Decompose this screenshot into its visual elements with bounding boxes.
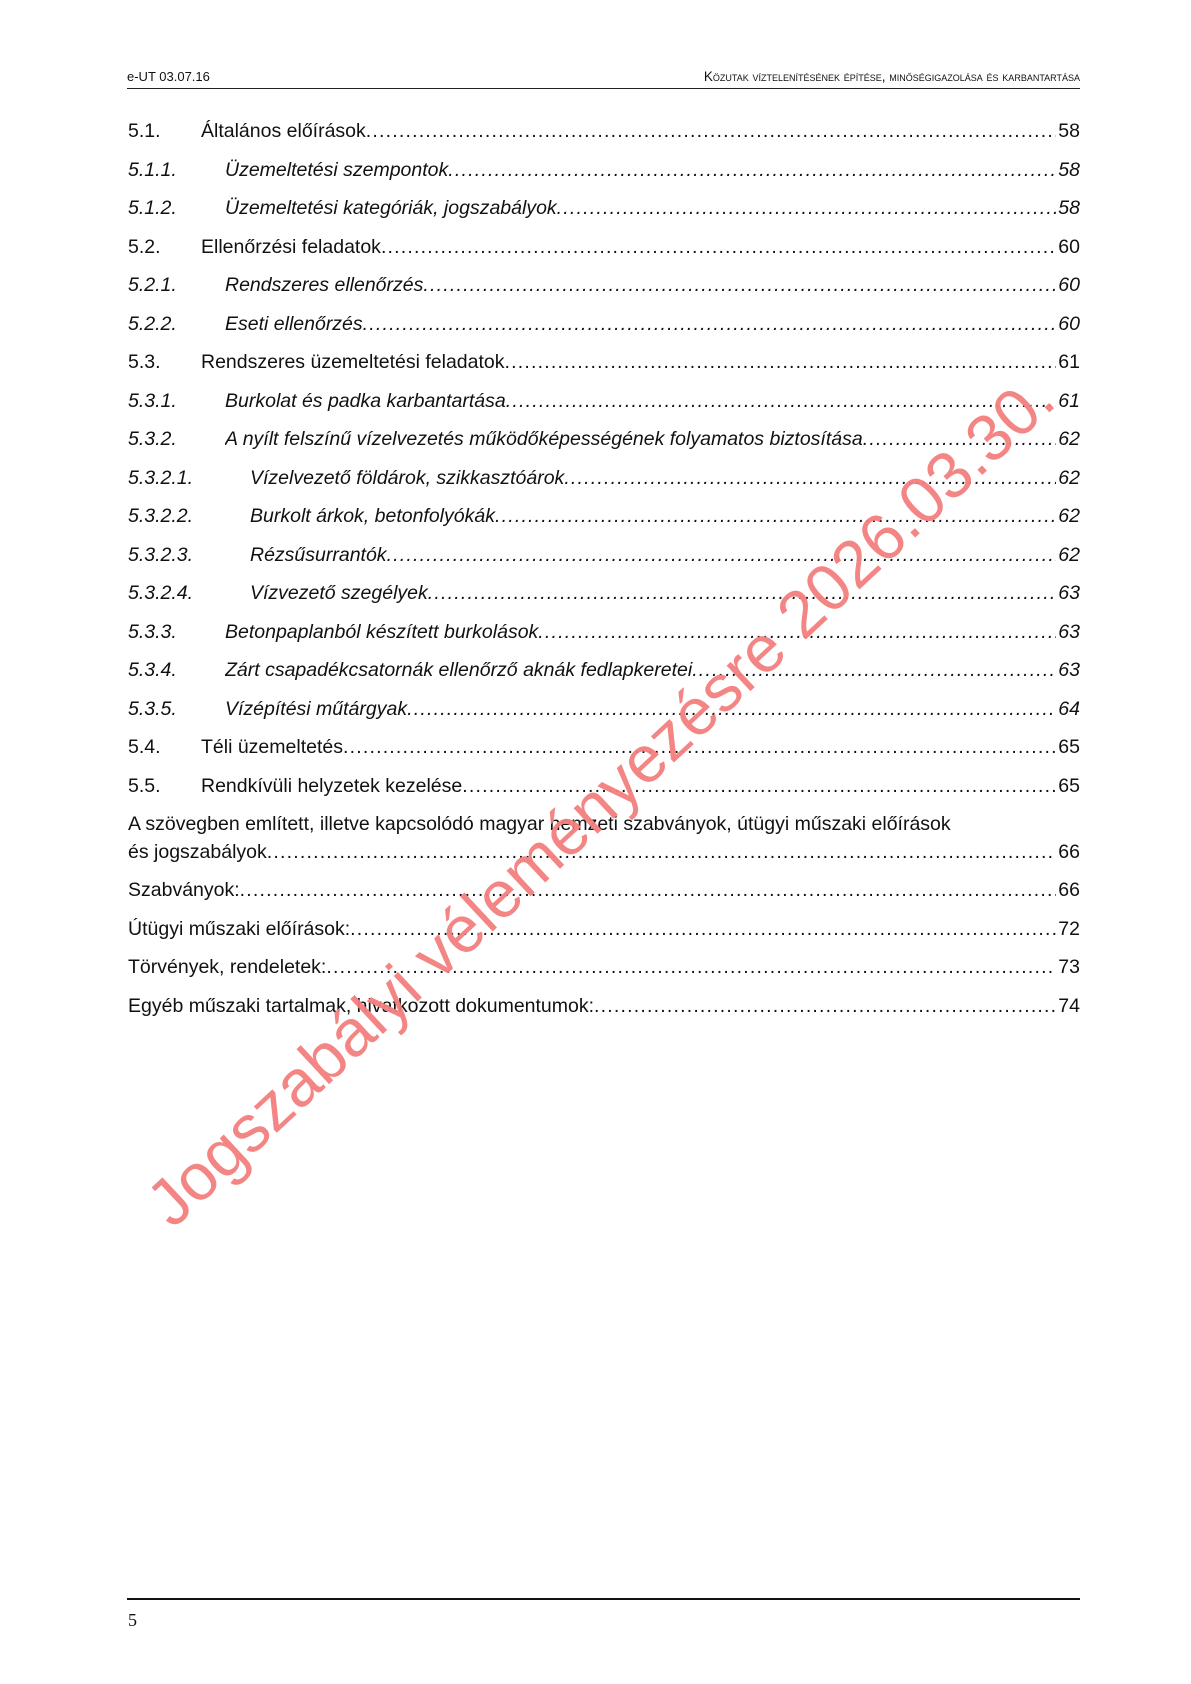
toc-entry-page: 63 <box>1056 580 1080 606</box>
page-number: 5 <box>128 1610 137 1631</box>
toc-entry-page: 61 <box>1056 388 1080 414</box>
toc-entry[interactable]: Egyéb műszaki tartalmak, hivatkozott dok… <box>128 993 1080 1032</box>
toc-entry[interactable]: 5.1.Általános előírások58 <box>128 118 1080 157</box>
dot-leader <box>557 195 1057 221</box>
dot-leader <box>462 773 1056 799</box>
toc-entry-title: Burkolat és padka karbantartása <box>225 388 506 414</box>
toc-entry-page: 60 <box>1056 311 1080 337</box>
dot-leader <box>863 426 1057 452</box>
dot-leader <box>381 234 1056 260</box>
table-of-contents: 5.1.Általános előírások585.1.1.Üzemeltet… <box>128 118 1080 1031</box>
toc-entry-title: Eseti ellenőrzés <box>225 311 363 337</box>
toc-entry-number: 5.5. <box>128 773 161 799</box>
toc-entry[interactable]: 5.3.4.Zárt csapadékcsatornák ellenőrző a… <box>128 657 1080 696</box>
toc-entry[interactable]: 5.2.1.Rendszeres ellenőrzés60 <box>128 272 1080 311</box>
toc-entry[interactable]: 5.2.2.Eseti ellenőrzés60 <box>128 311 1080 350</box>
dot-leader <box>387 542 1057 568</box>
toc-entry-number: 5.3.2.3. <box>128 542 193 568</box>
toc-entry-page: 58 <box>1056 118 1080 144</box>
dot-leader <box>428 580 1057 606</box>
toc-entry-references[interactable]: A szövegben említett, illetve kapcsolódó… <box>128 811 1080 877</box>
toc-entry-page: 60 <box>1056 272 1080 298</box>
toc-entry-title: Vízelvezető földárok, szikkasztóárok <box>250 465 564 491</box>
toc-entry-title: Vízépítési műtárgyak <box>225 696 407 722</box>
toc-entry-number: 5.2.2. <box>128 311 177 337</box>
toc-entry[interactable]: 5.1.1.Üzemeltetési szempontok58 <box>128 157 1080 196</box>
toc-entry-page: 63 <box>1056 657 1080 683</box>
dot-leader <box>564 465 1056 491</box>
toc-entry-title: Rézsűsurrantók <box>250 542 387 568</box>
dot-leader <box>240 877 1057 903</box>
dot-leader <box>326 954 1056 980</box>
document-title: Közutak víztelenítésének építése, minősé… <box>704 69 1080 84</box>
toc-entry-page: 62 <box>1056 426 1080 452</box>
dot-leader <box>505 349 1057 375</box>
toc-entry[interactable]: 5.3.2.A nyílt felszínű vízelvezetés műkö… <box>128 426 1080 465</box>
dot-leader <box>594 993 1056 1019</box>
dot-leader <box>423 272 1056 298</box>
toc-entry-page: 58 <box>1056 157 1080 183</box>
dot-leader <box>366 118 1057 144</box>
page-header: e-UT 03.07.16 Közutak víztelenítésének é… <box>127 66 1080 89</box>
toc-entry-title: Rendszeres üzemeltetési feladatok <box>201 349 505 375</box>
toc-entry-page: 65 <box>1056 734 1080 760</box>
toc-entry-number: 5.3.2.1. <box>128 465 193 491</box>
toc-entry-page: 62 <box>1056 465 1080 491</box>
toc-entry-page: 66 <box>1056 877 1080 903</box>
toc-entry-number: 5.2.1. <box>128 272 177 298</box>
toc-entry[interactable]: 5.1.2.Üzemeltetési kategóriák, jogszabál… <box>128 195 1080 234</box>
toc-entry-title: Útügyi műszaki előírások: <box>128 916 350 942</box>
toc-entry-number: 5.3.5. <box>128 696 177 722</box>
toc-entry-title: Szabványok: <box>128 877 240 903</box>
toc-entry-number: 5.1.2. <box>128 195 177 221</box>
toc-entry-title: Ellenőrzési feladatok <box>201 234 381 260</box>
toc-entry-title: Vízvezető szegélyek <box>250 580 428 606</box>
toc-entry-number: 5.3.2.2. <box>128 503 193 529</box>
dot-leader <box>363 311 1057 337</box>
toc-entry[interactable]: 5.3.Rendszeres üzemeltetési feladatok61 <box>128 349 1080 388</box>
toc-entry[interactable]: 5.3.1.Burkolat és padka karbantartása61 <box>128 388 1080 427</box>
toc-entry-page: 74 <box>1056 993 1080 1019</box>
toc-entry[interactable]: 5.3.3.Betonpaplanból készített burkoláso… <box>128 619 1080 658</box>
document-id: e-UT 03.07.16 <box>127 69 210 84</box>
footer-rule <box>127 1598 1080 1600</box>
toc-entry-title: Burkolt árkok, betonfolyókák <box>250 503 495 529</box>
dot-leader <box>267 839 1057 865</box>
toc-entry[interactable]: 5.3.2.4.Vízvezető szegélyek63 <box>128 580 1080 619</box>
toc-entry-number: 5.3.2.4. <box>128 580 193 606</box>
toc-entry-page: 72 <box>1056 916 1080 942</box>
toc-entry[interactable]: 5.3.2.3.Rézsűsurrantók62 <box>128 542 1080 581</box>
toc-entry-title: Egyéb műszaki tartalmak, hivatkozott dok… <box>128 993 594 1019</box>
toc-entry-title: A nyílt felszínű vízelvezetés működőképe… <box>225 426 863 452</box>
toc-entry-page: 73 <box>1056 954 1080 980</box>
toc-entry-page: 64 <box>1056 696 1080 722</box>
toc-entry-number: 5.3.4. <box>128 657 177 683</box>
toc-entry-number: 5.1.1. <box>128 157 177 183</box>
toc-entry-title: Általános előírások <box>201 118 366 144</box>
toc-entry-title: Üzemeltetési kategóriák, jogszabályok <box>225 195 557 221</box>
toc-entry-title-line1: A szövegben említett, illetve kapcsolódó… <box>128 811 951 837</box>
toc-entry-page: 60 <box>1056 234 1080 260</box>
toc-entry[interactable]: 5.2.Ellenőrzési feladatok60 <box>128 234 1080 273</box>
dot-leader <box>506 388 1057 414</box>
dot-leader <box>350 916 1056 942</box>
toc-entry-number: 5.3.2. <box>128 426 177 452</box>
dot-leader <box>343 734 1056 760</box>
toc-entry-title: Betonpaplanból készített burkolások <box>225 619 538 645</box>
toc-entry[interactable]: 5.4.Téli üzemeltetés65 <box>128 734 1080 773</box>
dot-leader <box>538 619 1056 645</box>
toc-entry-page: 62 <box>1056 503 1080 529</box>
toc-entry-page: 62 <box>1056 542 1080 568</box>
toc-entry[interactable]: 5.3.5.Vízépítési műtárgyak64 <box>128 696 1080 735</box>
toc-entry-title: Rendszeres ellenőrzés <box>225 272 423 298</box>
toc-entry[interactable]: 5.3.2.1.Vízelvezető földárok, szikkasztó… <box>128 465 1080 504</box>
toc-entry-number: 5.3.3. <box>128 619 177 645</box>
toc-entry-page: 65 <box>1056 773 1080 799</box>
toc-entry-title-line2: és jogszabályok <box>128 839 267 865</box>
dot-leader <box>495 503 1056 529</box>
dot-leader <box>448 157 1056 183</box>
toc-entry-number: 5.3.1. <box>128 388 177 414</box>
toc-entry[interactable]: 5.5.Rendkívüli helyzetek kezelése65 <box>128 773 1080 812</box>
toc-entry-page: 66 <box>1056 839 1080 865</box>
dot-leader <box>692 657 1056 683</box>
toc-entry-page: 58 <box>1056 195 1080 221</box>
toc-entry-number: 5.3. <box>128 349 161 375</box>
toc-entry-title: Rendkívüli helyzetek kezelése <box>201 773 462 799</box>
toc-entry-title: Törvények, rendeletek: <box>128 954 326 980</box>
toc-entry-page: 63 <box>1056 619 1080 645</box>
toc-entry-number: 5.4. <box>128 734 161 760</box>
toc-entry[interactable]: Szabványok:66 <box>128 877 1080 916</box>
toc-entry-number: 5.2. <box>128 234 161 260</box>
toc-entry-title: Téli üzemeltetés <box>201 734 343 760</box>
toc-entry[interactable]: Törvények, rendeletek:73 <box>128 954 1080 993</box>
toc-entry[interactable]: 5.3.2.2.Burkolt árkok, betonfolyókák62 <box>128 503 1080 542</box>
toc-entry-title: Üzemeltetési szempontok <box>225 157 448 183</box>
toc-entry-page: 61 <box>1056 349 1080 375</box>
dot-leader <box>407 696 1056 722</box>
toc-entry-number: 5.1. <box>128 118 161 144</box>
toc-entry[interactable]: Útügyi műszaki előírások:72 <box>128 916 1080 955</box>
toc-entry-title: Zárt csapadékcsatornák ellenőrző aknák f… <box>225 657 692 683</box>
